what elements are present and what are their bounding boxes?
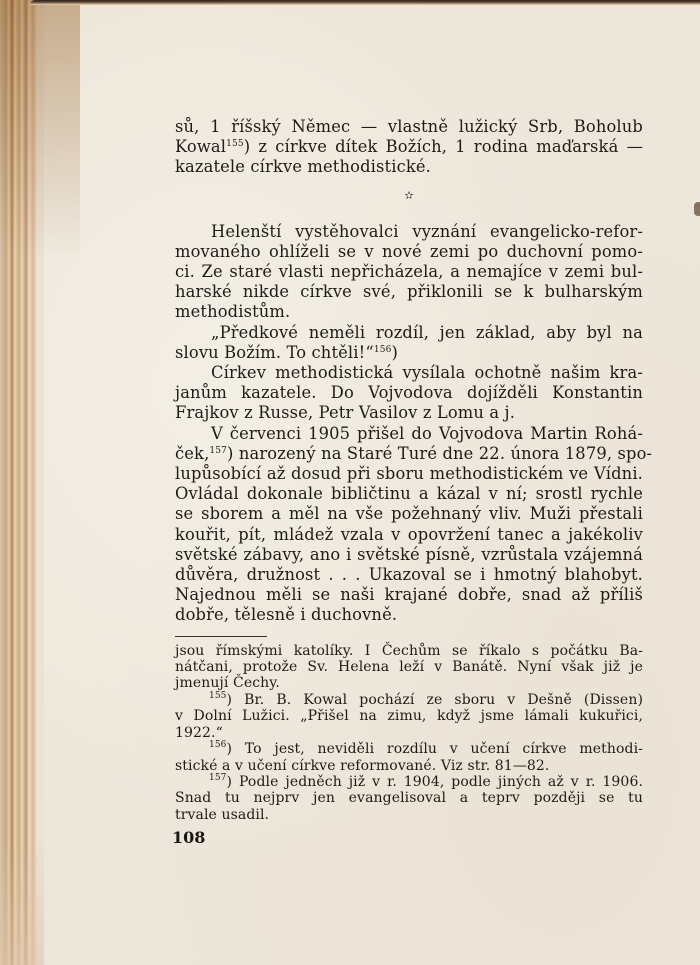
text-fragment: ) z církve dítek Božích, 1 rodina maďars… — [244, 137, 643, 156]
footnote-line: 1922.“ — [175, 725, 643, 741]
page-top-edge — [30, 0, 700, 5]
text-fragment: ) To jest, neviděli rozdílu v učení círk… — [226, 741, 643, 757]
text-fragment: slovu Božím. To chtěli!“ — [175, 343, 374, 362]
text-line: slovu Božím. To chtěli!“156) — [175, 343, 643, 363]
text-line: V červenci 1905 přišel do Vojvodova Mart… — [175, 424, 643, 444]
footnote-ref[interactable]: 157 — [209, 446, 227, 456]
footnote-number: 156 — [209, 740, 226, 750]
footnote-ref[interactable]: 155 — [226, 139, 244, 149]
footnote-continued: jsou římskými katolíky. I Čechům se říka… — [175, 643, 643, 692]
page-edge-mark — [694, 202, 700, 216]
footnote-157: 157) Podle jedněch již v r. 1904, podle … — [175, 774, 643, 823]
main-text: sů, 1 říšský Němec — vlastně lužický Srb… — [175, 117, 643, 626]
text-line: Frajkov z Russe, Petr Vasilov z Lomu a j… — [175, 403, 643, 423]
text-line: Najednou měli se naši krajané dobře, sna… — [175, 585, 643, 605]
footnote-line: jmenují Čechy. — [175, 675, 643, 691]
book-page: sů, 1 říšský Němec — vlastně lužický Srb… — [0, 0, 700, 965]
text-line: lupůsobící až dosud při sboru methodisti… — [175, 464, 643, 484]
text-fragment: ) Br. B. Kowal pochází ze sboru v Dešně … — [226, 692, 643, 708]
text-line: kazatele církve methodistické. — [175, 157, 643, 177]
page-stain — [0, 0, 80, 260]
paragraph: Helenští vystěhovalci vyznání evangelick… — [175, 222, 643, 323]
section-separator-star-icon: ✫ — [175, 186, 643, 206]
text-line: důvěra, družnost . . . Ukazoval se i hmo… — [175, 565, 643, 585]
text-line: se sborem a měl na vše požehnaný vliv. M… — [175, 504, 643, 524]
text-fragment: ček, — [175, 444, 209, 463]
text-line: harské nikde církve své, přiklonili se k… — [175, 282, 643, 302]
paragraph: Církev methodistická vysílala ochotně na… — [175, 363, 643, 424]
paragraph: „Předkové neměli rozdíl, jen základ, aby… — [175, 323, 643, 363]
text-line: kouřit, pít, mládež vzala v opovržení ta… — [175, 525, 643, 545]
text-block: sů, 1 říšský Němec — vlastně lužický Srb… — [175, 117, 643, 823]
footnote-line: v Dolní Lužici. „Přišel na zimu, když js… — [175, 708, 643, 724]
text-line: janům kazatele. Do Vojvodova dojížděli K… — [175, 383, 643, 403]
footnote-155: 155) Br. B. Kowal pochází ze sboru v Deš… — [175, 692, 643, 741]
text-line: dobře, tělesně i duchovně. — [175, 605, 643, 625]
text-line: ci. Ze staré vlasti nepřicházela, a nema… — [175, 262, 643, 282]
text-line: sů, 1 říšský Němec — vlastně lužický Srb… — [175, 117, 643, 137]
footnote-line: 155) Br. B. Kowal pochází ze sboru v Deš… — [175, 692, 643, 708]
footnote-line: 156) To jest, neviděli rozdílu v učení c… — [175, 741, 643, 757]
page-number: 108 — [172, 828, 205, 847]
paragraph: sů, 1 říšský Němec — vlastně lužický Srb… — [175, 117, 643, 178]
footnote-line: 157) Podle jedněch již v r. 1904, podle … — [175, 774, 643, 790]
text-line: movaného ohlíželi se v nové zemi po duch… — [175, 242, 643, 262]
footnote-ref[interactable]: 156 — [374, 345, 392, 355]
text-line: Kowal155) z církve dítek Božích, 1 rodin… — [175, 137, 643, 157]
footnote-line: Snad tu nejprv jen evangelisoval a teprv… — [175, 790, 643, 806]
text-line: Ovládal dokonale bibličtinu a kázal v ní… — [175, 484, 643, 504]
text-line: Helenští vystěhovalci vyznání evangelick… — [175, 222, 643, 242]
text-fragment: ) Podle jedněch již v r. 1904, podle jin… — [226, 774, 643, 790]
footnote-line: stické a v učení církve reformované. Viz… — [175, 758, 643, 774]
footnote-line: nátčani, protože Sv. Helena leží v Banát… — [175, 659, 643, 675]
footnote-line: trvale usadil. — [175, 807, 643, 823]
footnote-156: 156) To jest, neviděli rozdílu v učení c… — [175, 741, 643, 774]
page-edge-shade — [0, 840, 44, 965]
text-fragment: ) narozený na Staré Turé dne 22. února 1… — [227, 444, 652, 463]
text-line: methodistům. — [175, 302, 643, 322]
text-line: Církev methodistická vysílala ochotně na… — [175, 363, 643, 383]
text-fragment: ) — [391, 343, 398, 362]
text-line: „Předkové neměli rozdíl, jen základ, aby… — [175, 323, 643, 343]
footnotes: jsou římskými katolíky. I Čechům se říka… — [175, 643, 643, 823]
footnote-line: jsou římskými katolíky. I Čechům se říka… — [175, 643, 643, 659]
text-fragment: Kowal — [175, 137, 226, 156]
text-line: světské zábavy, ano i světské písně, vzr… — [175, 545, 643, 565]
footnote-number: 157 — [209, 773, 226, 783]
footnote-divider — [175, 636, 267, 637]
footnote-number: 155 — [209, 691, 226, 701]
text-line: ček,157) narozený na Staré Turé dne 22. … — [175, 444, 643, 464]
paragraph: V červenci 1905 přišel do Vojvodova Mart… — [175, 424, 643, 626]
